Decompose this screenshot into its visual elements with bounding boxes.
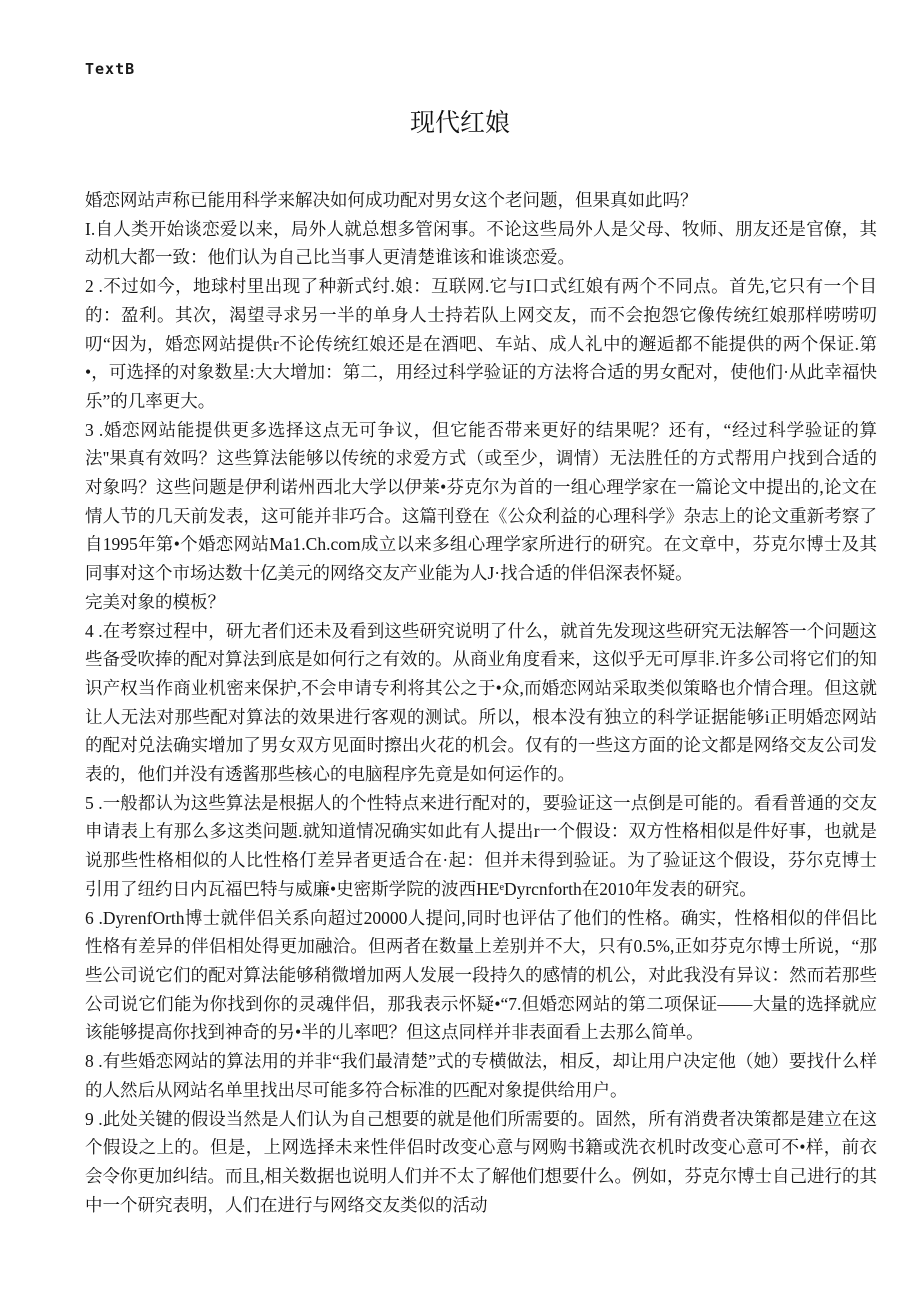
document-page: TextB 现代红娘 婚恋网站声称已能用科学来解决如何成功配对男女这个老问题，但…	[0, 0, 920, 1301]
paragraph-2: 2 .不过如今，地球村里出现了种新式纣.娘：互联网.它与I口式红娘有两个不同点。…	[85, 272, 877, 416]
paragraph-1: I.自人类开始谈恋爱以来，局外人就总想多管闲事。不论这些局外人是父母、牧师、朋友…	[85, 215, 877, 272]
document-body: 婚恋网站声称已能用科学来解决如何成功配对男女这个老问题，但果真如此吗？ I.自人…	[85, 186, 877, 1219]
paragraph-6-7: 6 .DyrenfOrth博士就伴侣关系向超过20000人提问,同时也评估了他们…	[85, 904, 877, 1048]
paragraph-4: 4 .在考察过程中，研尢者们还未及看到这些研究说明了什么，就首先发现这些研究无法…	[85, 617, 877, 789]
section-heading: 完美对象的模板？	[85, 588, 877, 617]
paragraph-intro-question: 婚恋网站声称已能用科学来解决如何成功配对男女这个老问题，但果真如此吗？	[85, 186, 877, 215]
paragraph-8: 8 .有些婚恋网站的算法用的并非“我们最清楚”式的专横做法，相反，却让用户决定他…	[85, 1047, 877, 1104]
paragraph-5: 5 .一般都认为这些算法是根据人的个性特点来进行配对的，要验证这一点倒是可能的。…	[85, 789, 877, 904]
paragraph-3: 3 .婚恋网站能提供更多选择这点无可争议，但它能否带来更好的结果呢？还有，“经过…	[85, 416, 877, 588]
page-title: 现代红娘	[0, 103, 920, 139]
header-label: TextB	[85, 60, 135, 78]
paragraph-9: 9 .此处关键的假设当然是人们认为自己想要的就是他们所需要的。固然，所有消费者决…	[85, 1105, 877, 1220]
